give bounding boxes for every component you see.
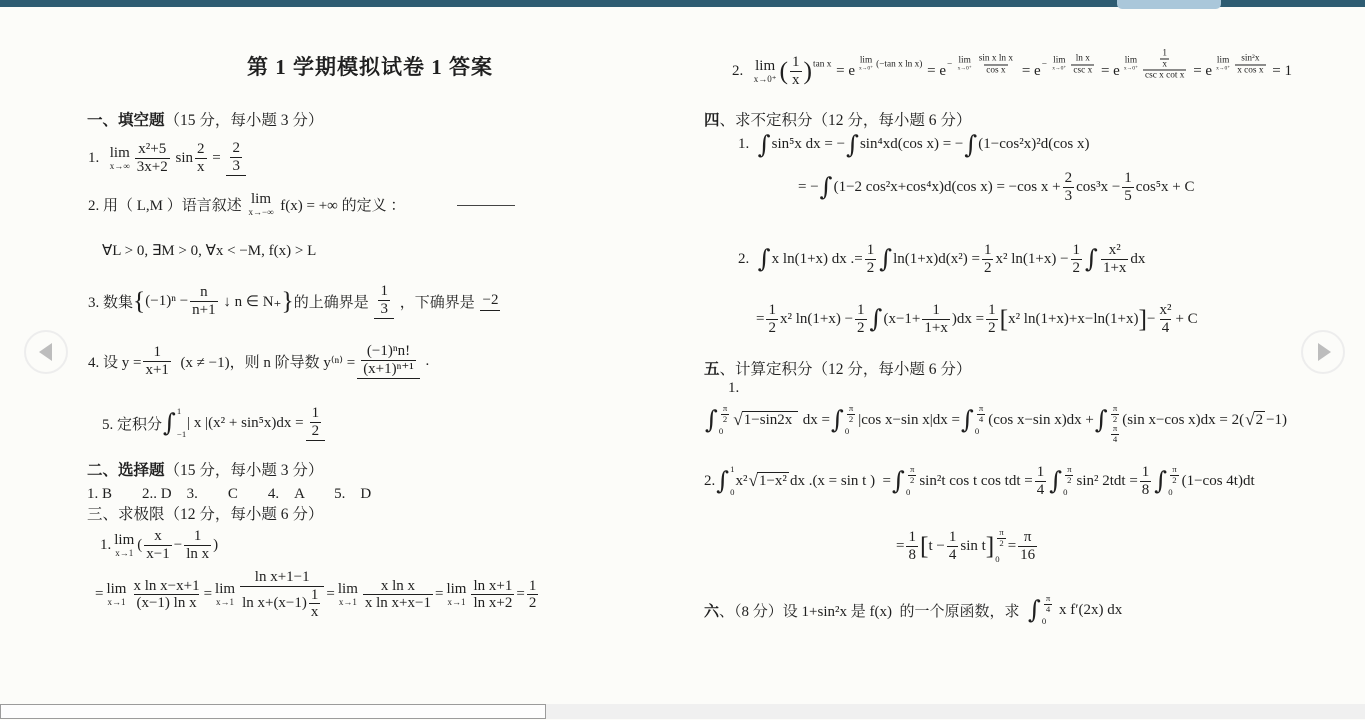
limit-item-2: 2. limx→0⁺(1x)tan x = elimx→0⁺(−tan x ln… bbox=[732, 54, 1292, 88]
indef-item-1-line1: 1. ∫sin⁵x dx = −∫sin⁴xd(cos x) = −∫(1−co… bbox=[738, 134, 1089, 155]
fill-item-2: 2. 用（ L,M ）语言叙述 limx→−∞ f(x) = +∞ 的定义 ： bbox=[88, 192, 405, 217]
exam-title: 第 1 学期模拟试卷 1 答案 bbox=[85, 51, 655, 81]
limit-item-1-steps: =limx→1x ln x−x+1(x−1) ln x=limx→1ln x+1… bbox=[95, 569, 540, 621]
sec-final-problem: 六、（8 分）设 1+sin²x 是 f(x) 的一个原函数，求 ∫π40 x … bbox=[704, 594, 1122, 626]
horizontal-scrollbar-thumb[interactable] bbox=[0, 704, 546, 719]
document-left-column: 第 1 学期模拟试卷 1 答案 一、填空题（15 分，每小题 3 分） 1. l… bbox=[85, 45, 655, 665]
def-item-1: ∫π20√1−sin2x dx =∫π20|cos x−sin x|dx =∫π… bbox=[704, 404, 1287, 436]
def-item-1-number: 1. bbox=[728, 380, 739, 397]
sec-fill-blanks-heading: 一、填空题（15 分，每小题 3 分） bbox=[87, 108, 323, 130]
document-right-column: 2. limx→0⁺(1x)tan x = elimx→0⁺(−tan x ln… bbox=[700, 40, 1365, 680]
indef-item-2-line1: 2. ∫x ln(1+x) dx .=12∫ln(1+x)d(x²) =12x²… bbox=[738, 242, 1145, 276]
fill-item-2-definition: ∀L > 0, ∃M > 0, ∀x < −M, f(x) > L bbox=[102, 241, 316, 260]
choice-answers: 1. B 2.. D 3. C 4. A 5. D bbox=[87, 482, 371, 503]
fill-item-4: 4. 设 y =1x+1 (x ≠ −1)，则 n 阶导数 y⁽ⁿ⁾ =(−1)… bbox=[88, 343, 429, 379]
fill-item-2-blank-line bbox=[457, 205, 515, 206]
sec-limits-heading: 三、求极限（12 分，每小题 6 分） bbox=[87, 502, 323, 524]
fill-item-5: 5. 定积分∫1−1| x |(x² + sin⁵x)dx =12 bbox=[102, 405, 327, 441]
limit-item-1: 1.limx→1(xx−1−1ln x) bbox=[100, 528, 218, 562]
def-item-2-line1: 2.∫10x²√1−x²dx .(x = sin t ) =∫π20sin²t … bbox=[704, 464, 1255, 498]
top-bar-tab[interactable] bbox=[1117, 0, 1221, 9]
left-arrow-icon bbox=[39, 343, 52, 361]
fill-item-3: 3. 数集{(−1)ⁿ −nn+1 ↓ n ∈ N₊}的上确界是 13 ，下确界… bbox=[88, 283, 502, 319]
indef-item-2-line2: =12x² ln(1+x) −12∫(x−1+11+x)dx =12[x² ln… bbox=[756, 302, 1198, 336]
sec-choice-heading: 二、选择题（15 分，每小题 3 分） bbox=[87, 458, 323, 480]
indef-item-1-line2: = −∫(1−2 cos²x+cos⁴x)d(cos x) = −cos x +… bbox=[798, 170, 1194, 204]
sec-definite-integral-heading: 五、计算定积分（12 分，每小题 6 分） bbox=[704, 357, 971, 379]
def-item-2-line2: =18[t −14sin t]π20=π16 bbox=[896, 528, 1039, 564]
sec-indefinite-integral-heading: 四、求不定积分（12 分，每小题 6 分） bbox=[704, 108, 971, 130]
horizontal-scrollbar-track[interactable] bbox=[0, 704, 1365, 719]
prev-page-button[interactable] bbox=[24, 330, 68, 374]
fill-item-1: 1. limx→∞x²+53x+2 sin2x = 23 bbox=[88, 140, 248, 176]
